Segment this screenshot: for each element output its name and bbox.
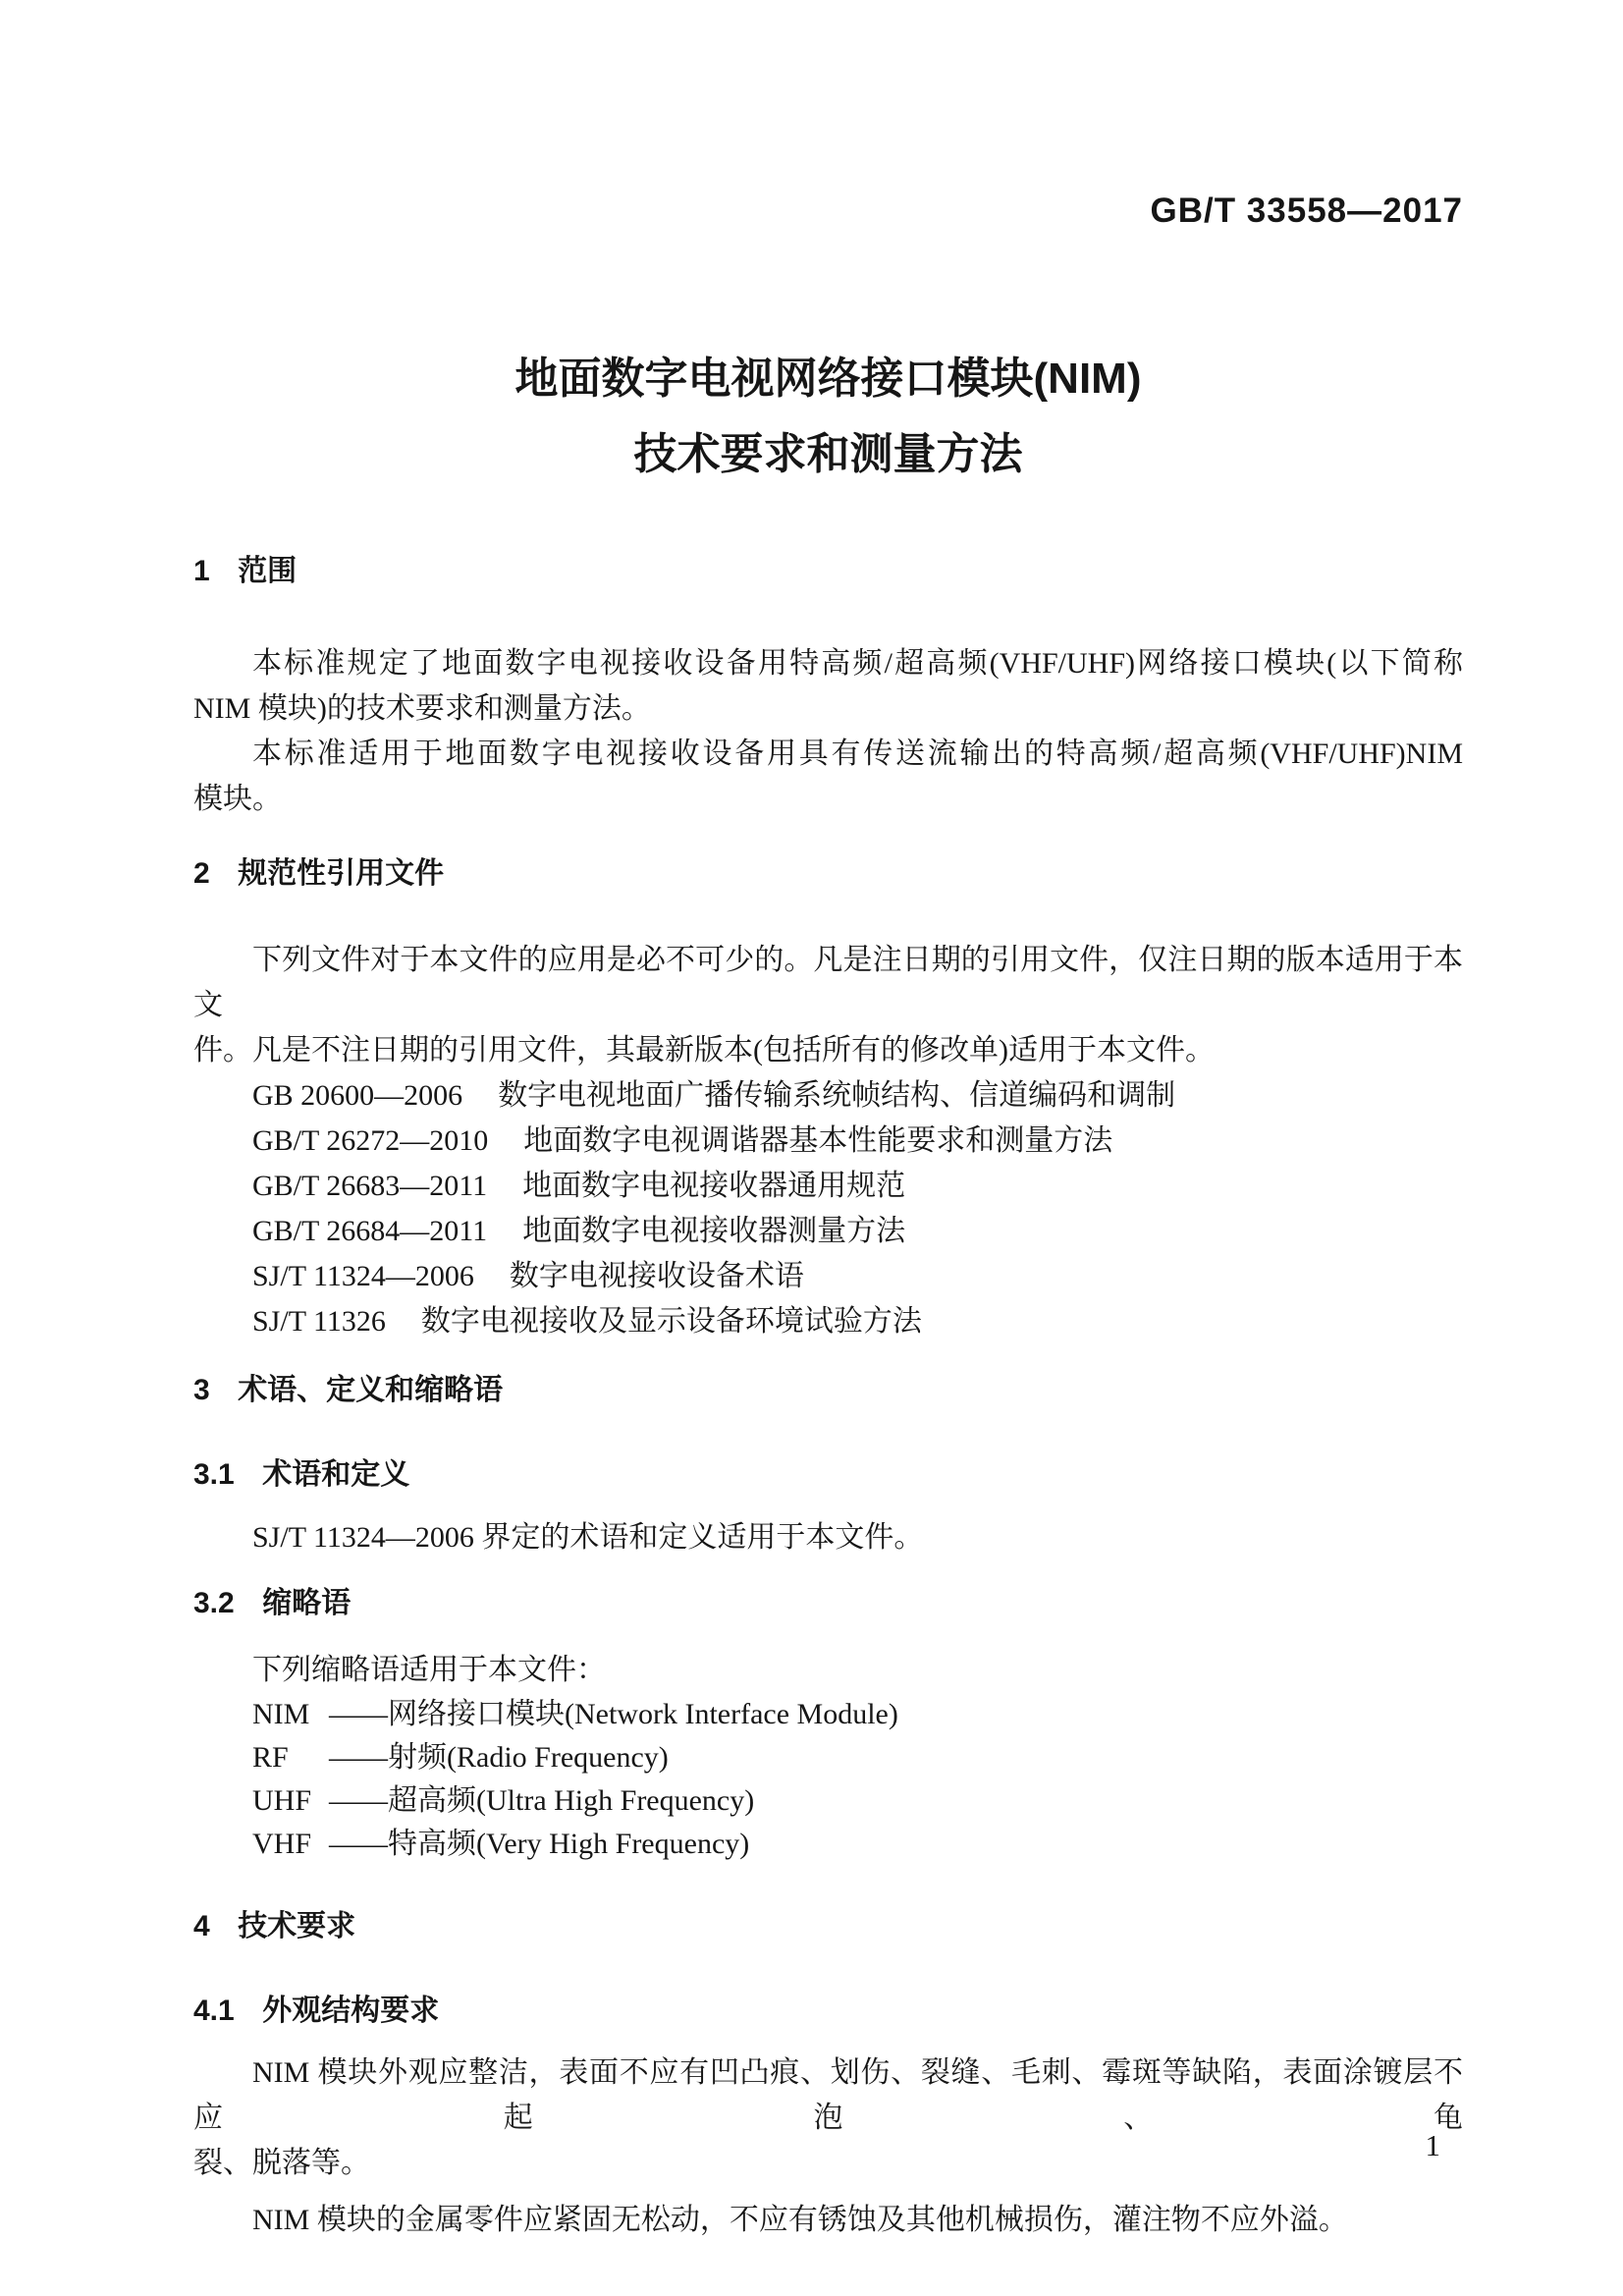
reference-title: 数字电视地面广播传输系统帧结构、信道编码和调制 <box>498 1079 1175 1112</box>
reference-item: GB/T 26684—2011地面数字电视接收器测量方法 <box>193 1209 1463 1254</box>
page-number: 1 <box>1426 2126 1441 2165</box>
reference-item: GB/T 26683—2011地面数字电视接收器通用规范 <box>193 1164 1463 1209</box>
reference-item: SJ/T 11324—2006数字电视接收设备术语 <box>193 1254 1463 1299</box>
section-number: 3 <box>193 1374 210 1406</box>
reference-item: GB 20600—2006数字电视地面广播传输系统帧结构、信道编码和调制 <box>193 1073 1463 1119</box>
document-title-line1: 地面数字电视网络接口模块(NIM) <box>193 341 1463 416</box>
section-4-heading: 4技术要求 <box>193 1907 1463 1946</box>
paragraph-line: 模块。 <box>193 777 1463 822</box>
abbreviations-intro: 下列缩略语适用于本文件： <box>193 1648 1463 1693</box>
document-title: 地面数字电视网络接口模块(NIM) 技术要求和测量方法 <box>193 341 1463 492</box>
abbreviation-dash: —— <box>329 1784 388 1817</box>
section-number: 4.1 <box>193 1995 235 2027</box>
reference-title: 地面数字电视接收器测量方法 <box>522 1215 905 1247</box>
abbreviation-item: VHF——特高频(Very High Frequency) <box>193 1823 1463 1866</box>
section-title: 外观结构要求 <box>262 1995 439 2027</box>
abbreviation-acronym: UHF <box>252 1779 329 1823</box>
reference-code: GB/T 26683—2011 <box>252 1170 487 1202</box>
abbreviation-item: UHF——超高频(Ultra High Frequency) <box>193 1779 1463 1823</box>
reference-code: GB 20600—2006 <box>252 1079 462 1112</box>
paragraph-line: 本标准规定了地面数字电视接收设备用特高频/超高频(VHF/UHF)网络接口模块(… <box>193 641 1463 686</box>
section-title: 术语、定义和缩略语 <box>238 1374 503 1406</box>
abbreviation-definition: 射频(Radio Frequency) <box>388 1741 669 1774</box>
section-title: 术语和定义 <box>262 1458 409 1491</box>
paragraph-line: 本标准适用于地面数字电视接收设备用具有传送流输出的特高频/超高频(VHF/UHF… <box>193 732 1463 777</box>
document-page: GB/T 33558—2017 地面数字电视网络接口模块(NIM) 技术要求和测… <box>0 0 1623 2296</box>
abbreviation-dash: —— <box>329 1828 388 1860</box>
references-paragraph: 下列文件对于本文件的应用是必不可少的。凡是注日期的引用文件，仅注日期的版本适用于… <box>193 938 1463 1073</box>
abbreviation-item: NIM——网络接口模块(Network Interface Module) <box>193 1693 1463 1736</box>
section-number: 3.1 <box>193 1458 235 1491</box>
reference-title: 地面数字电视接收器通用规范 <box>522 1170 905 1202</box>
scope-paragraph-1: 本标准规定了地面数字电视接收设备用特高频/超高频(VHF/UHF)网络接口模块(… <box>193 641 1463 732</box>
appearance-paragraph-1: NIM 模块外观应整洁，表面不应有凹凸痕、划伤、裂缝、毛刺、霉斑等缺陷，表面涂镀… <box>193 2050 1463 2186</box>
section-number: 2 <box>193 857 210 890</box>
reference-code: GB/T 26684—2011 <box>252 1215 487 1247</box>
section-3-heading: 3术语、定义和缩略语 <box>193 1371 1463 1410</box>
reference-item: SJ/T 11326数字电视接收及显示设备环境试验方法 <box>193 1299 1463 1344</box>
reference-code: GB/T 26272—2010 <box>252 1124 488 1157</box>
document-title-line2: 技术要求和测量方法 <box>193 416 1463 492</box>
reference-code: SJ/T 11326 <box>252 1305 386 1338</box>
scope-paragraph-2: 本标准适用于地面数字电视接收设备用具有传送流输出的特高频/超高频(VHF/UHF… <box>193 732 1463 822</box>
section-number: 1 <box>193 555 210 587</box>
section-3-1-heading: 3.1术语和定义 <box>193 1455 1463 1495</box>
paragraph-line: 下列文件对于本文件的应用是必不可少的。凡是注日期的引用文件，仅注日期的版本适用于… <box>193 938 1463 1028</box>
paragraph-line: NIM 模块)的技术要求和测量方法。 <box>193 686 1463 732</box>
section-3-2-heading: 3.2缩略语 <box>193 1584 1463 1623</box>
abbreviation-acronym: NIM <box>252 1693 329 1736</box>
paragraph-line: 件。凡是不注日期的引用文件，其最新版本(包括所有的修改单)适用于本文件。 <box>193 1028 1463 1073</box>
section-title: 规范性引用文件 <box>238 857 444 890</box>
section-title: 技术要求 <box>238 1910 355 1942</box>
abbreviation-dash: —— <box>329 1741 388 1774</box>
appearance-paragraph-2: NIM 模块的金属零件应紧固无松动，不应有锈蚀及其他机械损伤，灌注物不应外溢。 <box>193 2198 1463 2243</box>
paragraph-line: NIM 模块外观应整洁，表面不应有凹凸痕、划伤、裂缝、毛刺、霉斑等缺陷，表面涂镀… <box>193 2050 1463 2141</box>
standard-number: GB/T 33558—2017 <box>193 191 1463 231</box>
reference-item: GB/T 26272—2010地面数字电视调谐器基本性能要求和测量方法 <box>193 1119 1463 1164</box>
abbreviation-acronym: RF <box>252 1736 329 1779</box>
abbreviation-definition: 网络接口模块(Network Interface Module) <box>388 1698 898 1730</box>
section-number: 3.2 <box>193 1587 235 1619</box>
section-title: 范围 <box>238 555 297 587</box>
abbreviation-item: RF——射频(Radio Frequency) <box>193 1736 1463 1779</box>
page-content: GB/T 33558—2017 地面数字电视网络接口模块(NIM) 技术要求和测… <box>0 0 1623 2243</box>
section-number: 4 <box>193 1910 210 1942</box>
abbreviation-dash: —— <box>329 1698 388 1730</box>
section-1-heading: 1范围 <box>193 552 1463 591</box>
section-4-1-heading: 4.1外观结构要求 <box>193 1992 1463 2031</box>
section-title: 缩略语 <box>262 1587 351 1619</box>
reference-title: 地面数字电视调谐器基本性能要求和测量方法 <box>523 1124 1112 1157</box>
abbreviation-definition: 特高频(Very High Frequency) <box>388 1828 749 1860</box>
reference-title: 数字电视接收及显示设备环境试验方法 <box>421 1305 922 1338</box>
reference-title: 数字电视接收设备术语 <box>510 1260 804 1292</box>
terms-paragraph: SJ/T 11324—2006 界定的术语和定义适用于本文件。 <box>193 1515 1463 1560</box>
section-2-heading: 2规范性引用文件 <box>193 854 1463 894</box>
paragraph-line: 裂、脱落等。 <box>193 2141 1463 2186</box>
abbreviation-acronym: VHF <box>252 1823 329 1866</box>
abbreviation-definition: 超高频(Ultra High Frequency) <box>388 1784 754 1817</box>
reference-code: SJ/T 11324—2006 <box>252 1260 474 1292</box>
